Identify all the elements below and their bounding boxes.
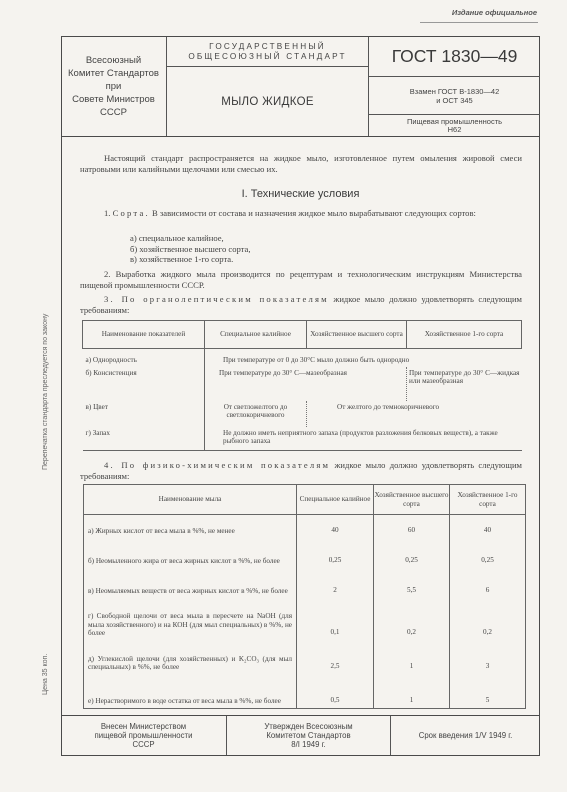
indicator-name: г) Свободной щелочи от веса мыла в перес… xyxy=(84,599,297,641)
indicator-value: 0,2 xyxy=(374,599,450,641)
indicator-value: 1 xyxy=(374,641,450,675)
issuing-body: Всесоюзный Комитет Стандартов при Совете… xyxy=(61,37,167,136)
physicochemical-table: Наименование мыла Специальное калийное Х… xyxy=(83,484,526,709)
price-note: Цена 35 коп. xyxy=(42,654,49,695)
clause-2: 2. Выработка жидкого мыла производится п… xyxy=(80,269,522,290)
copyright-note: Перепечатка стандарта преследуется по за… xyxy=(42,314,49,470)
table-row: г) Запах Не должно иметь неприятного зап… xyxy=(83,427,522,451)
table-row: а) Однородность При температуре от 0 до … xyxy=(83,349,522,367)
list-item: в) хозяйственное 1-го сорта. xyxy=(130,254,251,265)
indicator-value: 3 xyxy=(450,641,526,675)
indicator-name: а) Жирных кислот от веса мыла в %%, не м… xyxy=(84,515,297,539)
standard-footer: Внесен Министерством пищевой промышленно… xyxy=(61,715,540,756)
table-row: в) Цвет От светложелтого до светлокоричн… xyxy=(83,401,522,427)
standard-title-cell: ГОСУДАРСТВЕННЫЙ ОБЩЕСОЮЗНЫЙ СТАНДАРТ МЫЛ… xyxy=(167,37,369,136)
indicator-value: 1 xyxy=(374,675,450,709)
list-item: а) специальное калийное, xyxy=(130,233,251,244)
indicator-name: д) Углекислой щелочи (для хозяйственных)… xyxy=(84,641,297,675)
divider xyxy=(420,22,538,23)
table-row: д) Углекислой щелочи (для хозяйственных)… xyxy=(84,641,526,675)
standard-id-cell: ГОСТ 1830—49 Взамен ГОСТ В-1830—42 и ОСТ… xyxy=(369,37,540,136)
intro-paragraph: Настоящий стандарт распространяется на ж… xyxy=(80,153,522,174)
submitted-by: Внесен Министерством пищевой промышленно… xyxy=(61,716,227,755)
indicator-value: 0,1 xyxy=(297,599,374,641)
standard-category: ГОСУДАРСТВЕННЫЙ ОБЩЕСОЮЗНЫЙ СТАНДАРТ xyxy=(167,37,368,67)
table-row: б) Неомыленного жира от веса жирных кисл… xyxy=(84,539,526,569)
replaces-note: Взамен ГОСТ В-1830—42 и ОСТ 345 xyxy=(369,77,540,115)
indicator-value: 0,25 xyxy=(450,539,526,569)
approved-by: Утвержден Всесоюзным Комитетом Стандарто… xyxy=(227,716,391,755)
indicator-value: 2 xyxy=(297,569,374,599)
table-row: в) Неомыляемых веществ от веса жирных ки… xyxy=(84,569,526,599)
document-title: МЫЛО ЖИДКОЕ xyxy=(167,67,368,136)
indicator-value: 6 xyxy=(450,569,526,599)
organoleptic-table: Наименование показателей Специальное кал… xyxy=(82,320,522,451)
indicator-name: в) Неомыляемых веществ от веса жирных ки… xyxy=(84,569,297,599)
list-item: б) хозяйственное высшего сорта, xyxy=(130,244,251,255)
classification: Пищевая промышленность Н62 xyxy=(369,115,540,137)
official-edition-mark: Издание официальное xyxy=(452,8,537,17)
table-row: г) Свободной щелочи от веса мыла в перес… xyxy=(84,599,526,641)
section-title: I. Технические условия xyxy=(61,188,540,200)
grades-list: а) специальное калийное, б) хозяйственно… xyxy=(130,233,251,265)
indicator-value: 5,5 xyxy=(374,569,450,599)
indicator-value: 2,5 xyxy=(297,641,374,675)
clause-3: 3. По органолептическим показателям жидк… xyxy=(80,294,522,315)
standard-header: Всесоюзный Комитет Стандартов при Совете… xyxy=(61,36,540,137)
gost-number: ГОСТ 1830—49 xyxy=(369,37,540,77)
document-page: Издание официальное Перепечатка стандарт… xyxy=(0,0,567,792)
table-row: е) Нерастворимого в воде остатка от веса… xyxy=(84,675,526,709)
indicator-value: 0,25 xyxy=(297,539,374,569)
indicator-value: 40 xyxy=(450,515,526,539)
indicator-value: 40 xyxy=(297,515,374,539)
clause-4: 4. По физико-химическим показателям жидк… xyxy=(80,460,522,481)
indicator-name: б) Неомыленного жира от веса жирных кисл… xyxy=(84,539,297,569)
table-row: а) Жирных кислот от веса мыла в %%, не м… xyxy=(84,515,526,539)
clause-1: 1. Сорта. В зависимости от состава и наз… xyxy=(80,208,522,219)
effective-date: Срок введения 1/V 1949 г. xyxy=(391,716,540,755)
indicator-value: 60 xyxy=(374,515,450,539)
table-row: б) Консистенция При температуре до 30° С… xyxy=(83,367,522,401)
indicator-value: 0,5 xyxy=(297,675,374,709)
indicator-value: 0,25 xyxy=(374,539,450,569)
indicator-name: е) Нерастворимого в воде остатка от веса… xyxy=(84,675,297,709)
indicator-value: 0,2 xyxy=(450,599,526,641)
indicator-value: 5 xyxy=(450,675,526,709)
